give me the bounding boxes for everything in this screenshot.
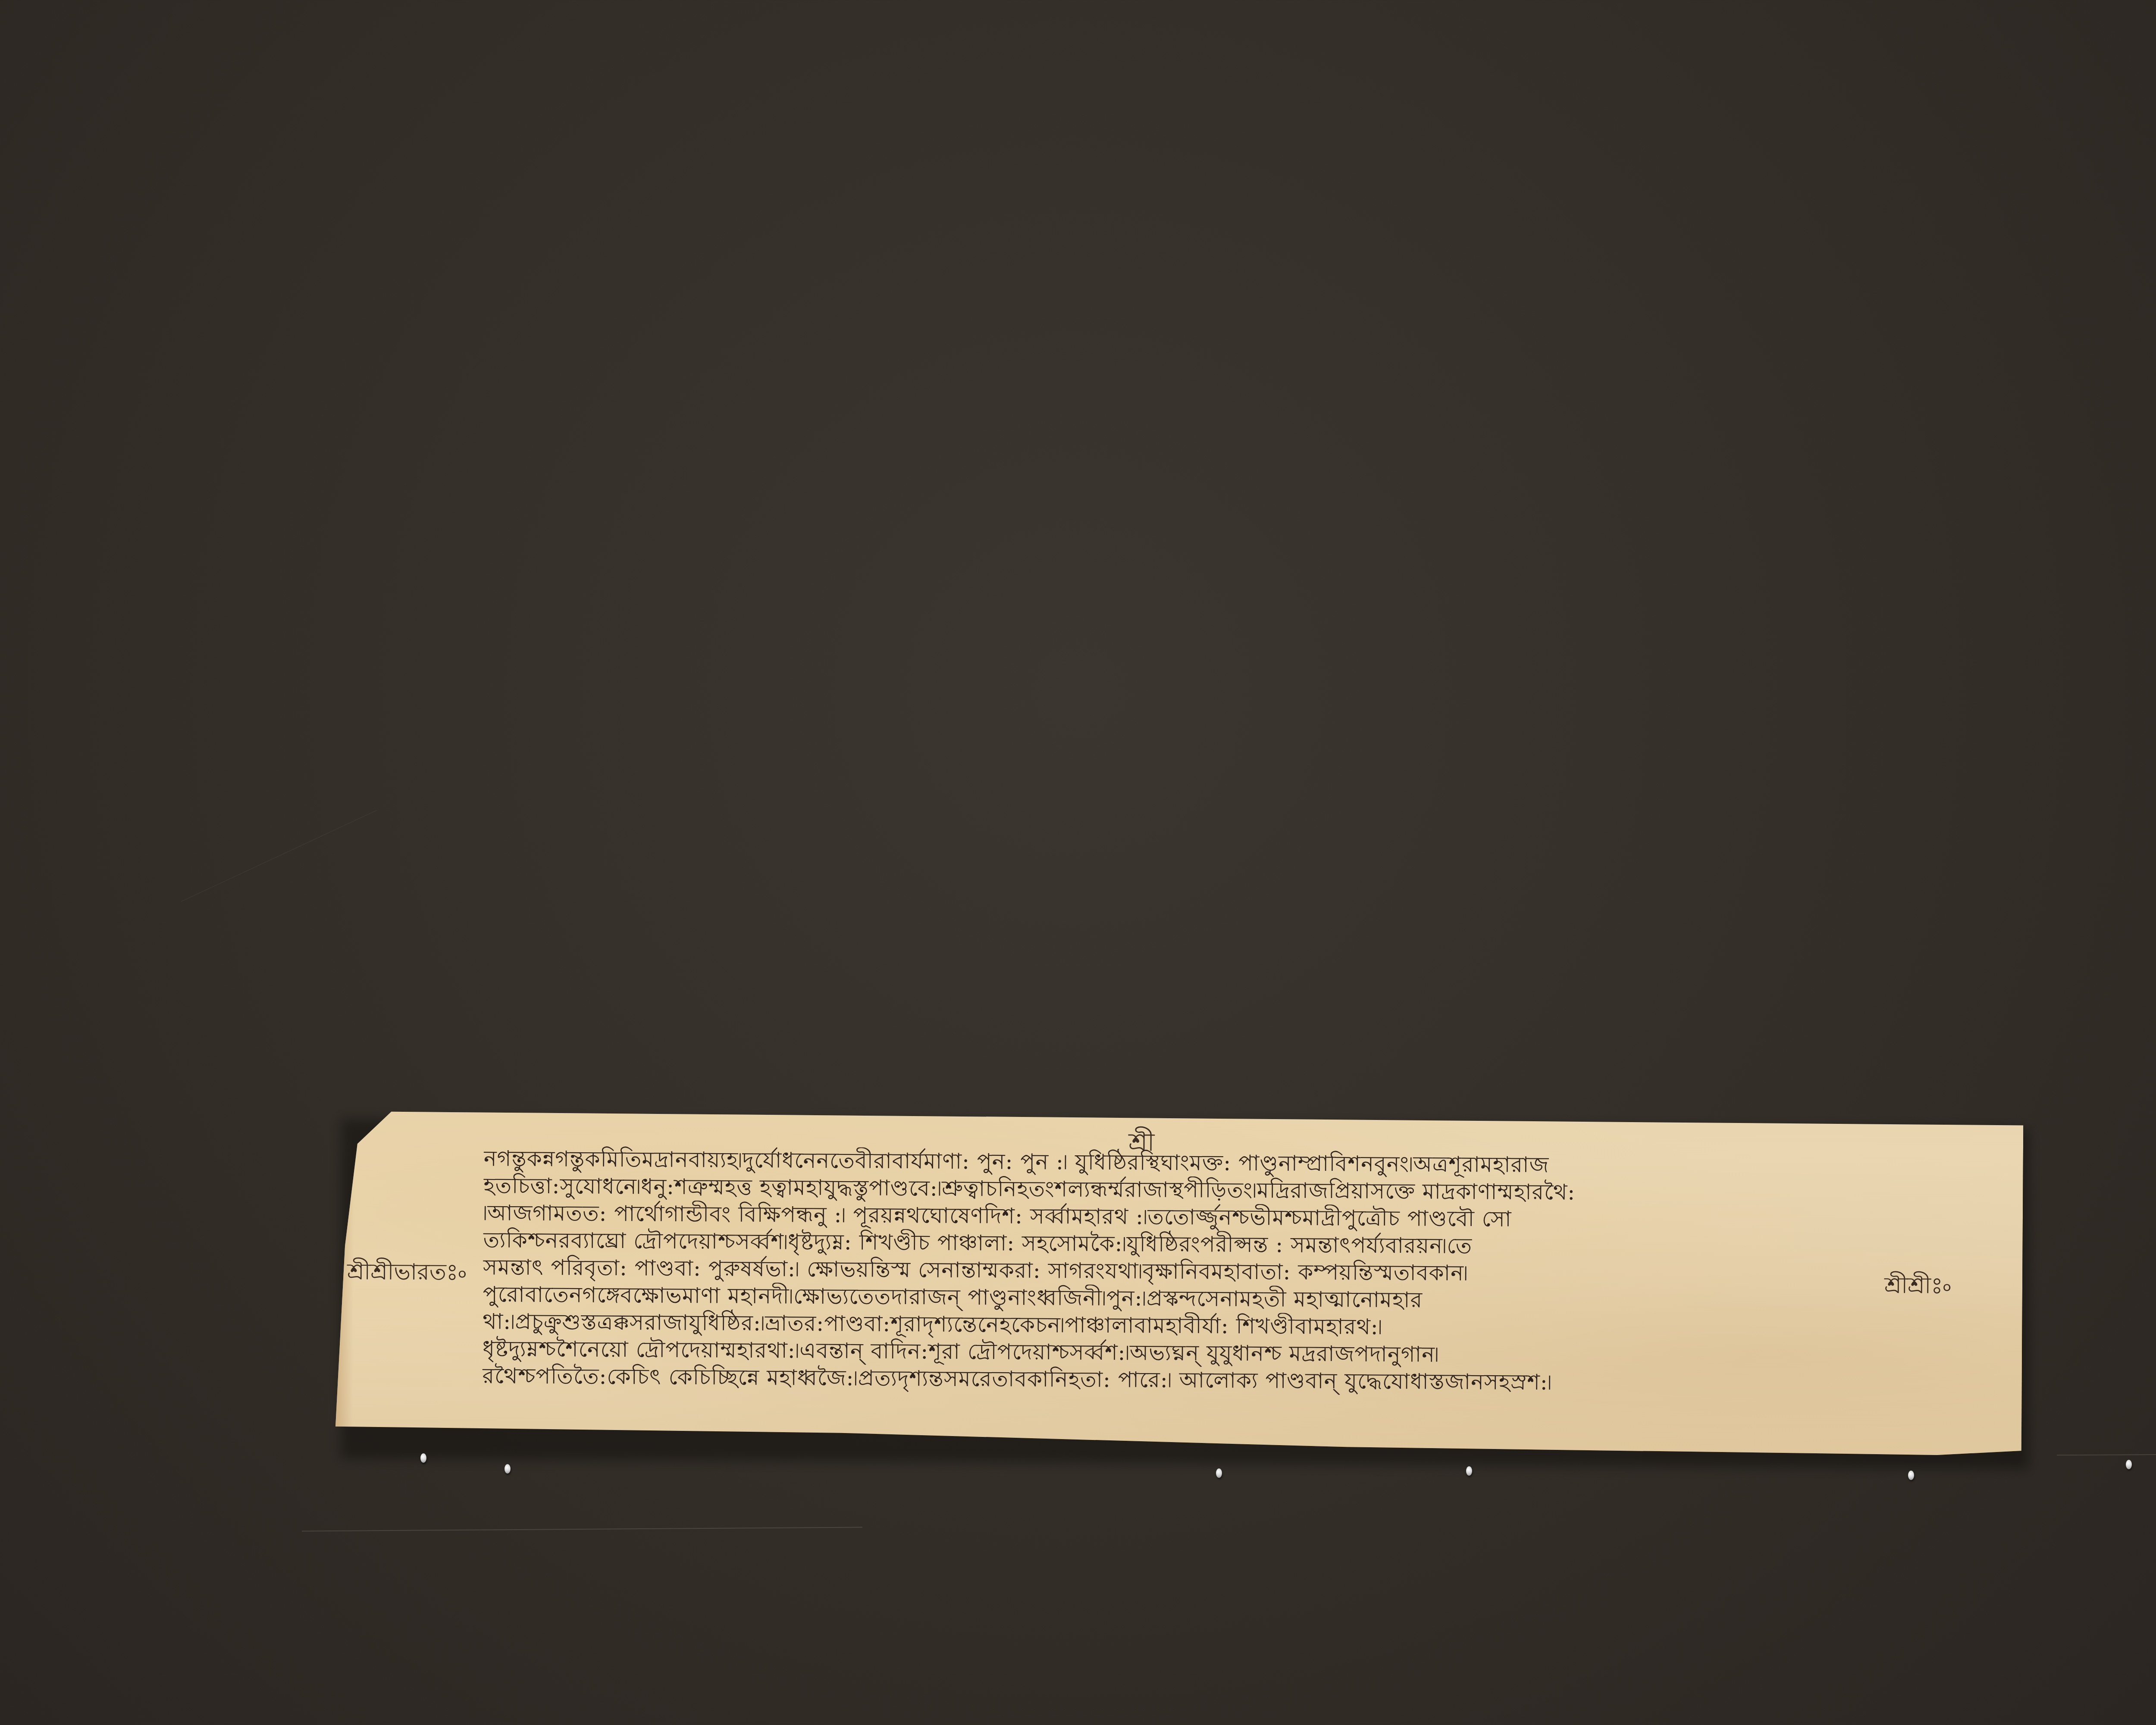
pin-icon	[1466, 1466, 1472, 1476]
board-seam-line	[2057, 1452, 2156, 1455]
pin-icon	[2126, 1460, 2132, 1469]
manuscript-text: নগন্তুকন্নগন্তুকমিতিমদ্রানবায়্যহ৷দুর্যো…	[482, 1145, 1876, 1398]
pin-icon	[1908, 1471, 1914, 1480]
pin-icon	[420, 1453, 426, 1463]
pin-icon	[1216, 1468, 1222, 1478]
board-seam-line	[302, 1527, 862, 1531]
pin-icon	[505, 1464, 511, 1474]
margin-title-left: শ্রীশ্রীভারতঃ৹	[347, 1254, 467, 1292]
manuscript-leaf: শ্রী শ্রীশ্রীভারতঃ৹ শ্রীশ্রীঃ৹ নগন্তুকন্…	[335, 1110, 2024, 1461]
margin-title-right: শ্রীশ্রীঃ৹	[1884, 1268, 1952, 1306]
board-scratch	[181, 810, 377, 902]
